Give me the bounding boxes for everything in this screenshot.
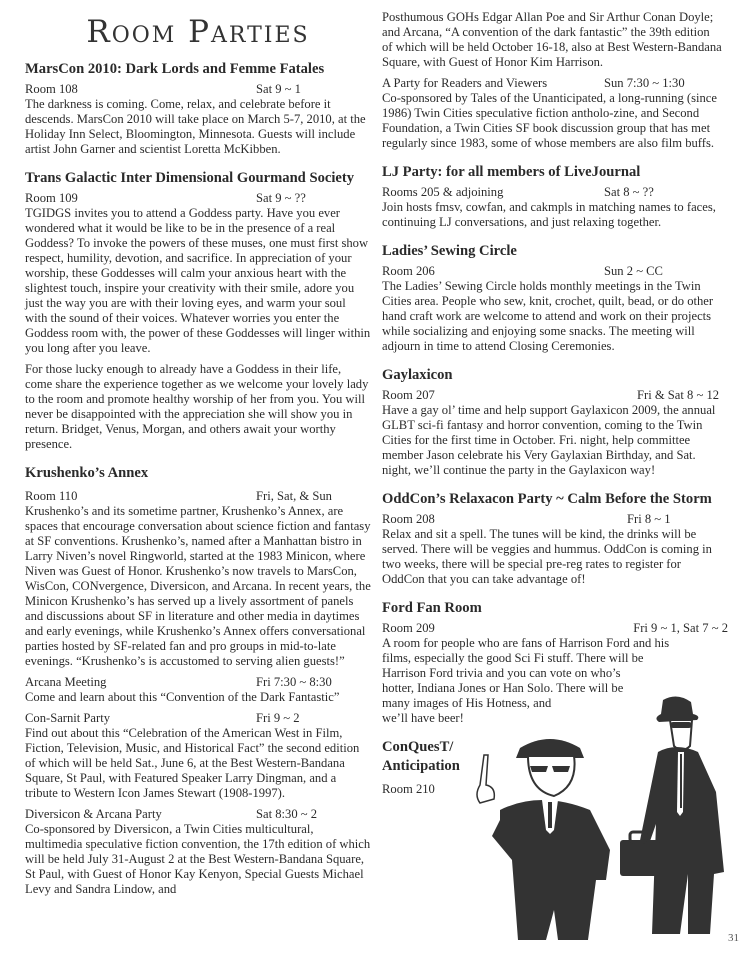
event-text: Find out about this “Celebration of the … <box>25 726 371 801</box>
section-lj-party: LJ Party: for all members of LiveJournal… <box>382 163 722 230</box>
event-row: Diversicon & Arcana Party Sat 8:30 ~ 2 <box>25 807 371 822</box>
section-heading: Trans Galactic Inter Dimensional Gourman… <box>25 169 371 188</box>
section-tgidgs: Trans Galactic Inter Dimensional Gourman… <box>25 169 371 452</box>
room-time-row: Room 109 Sat 9 ~ ?? <box>25 191 371 206</box>
section-text: The Ladies’ Sewing Circle holds monthly … <box>382 279 722 354</box>
section-text: Relax and sit a spell. The tunes will be… <box>382 527 722 587</box>
event-time: Fri 7:30 ~ 8:30 <box>256 675 371 690</box>
section-text: The darkness is coming. Come, relax, and… <box>25 97 371 157</box>
event-row: Arcana Meeting Fri 7:30 ~ 8:30 <box>25 675 371 690</box>
section-text: TGIDGS invites you to attend a Goddess p… <box>25 206 371 356</box>
section-heading: Krushenko’s Annex <box>25 464 371 483</box>
event-name: A Party for Readers and Viewers <box>382 76 547 91</box>
room-time-row: Room 108 Sat 9 ~ 1 <box>25 82 371 97</box>
event-name: Arcana Meeting <box>25 675 106 690</box>
time-label: Sat 8 ~ ?? <box>604 185 722 200</box>
event-text: Come and learn about this “Convention of… <box>25 690 371 705</box>
time-label: Sat 9 ~ 1 <box>256 82 371 97</box>
section-text: Join hosts fmsv, cowfan, and cakmpls in … <box>382 200 722 230</box>
room-label: Room 109 <box>25 191 78 206</box>
section-sewing-circle: Ladies’ Sewing Circle Room 206 Sun 2 ~ C… <box>382 242 722 354</box>
event-name: Con-Sarnit Party <box>25 711 110 726</box>
text-line: Harrison Ford trivia and you can vote on… <box>382 666 722 681</box>
room-time-row: Room 207 Fri & Sat 8 ~ 12 <box>382 388 722 403</box>
section-oddcon: OddCon’s Relaxacon Party ~ Calm Before t… <box>382 490 722 587</box>
section-heading: OddCon’s Relaxacon Party ~ Calm Before t… <box>382 490 722 509</box>
room-label: Room 108 <box>25 82 78 97</box>
section-heading: Gaylaxicon <box>382 366 722 385</box>
event-row: Con-Sarnit Party Fri 9 ~ 2 <box>25 711 371 726</box>
room-time-row: Rooms 205 & adjoining Sat 8 ~ ?? <box>382 185 722 200</box>
room-label: Rooms 205 & adjoining <box>382 185 503 200</box>
right-column: Posthumous GOHs Edgar Allan Poe and Sir … <box>382 10 722 804</box>
room-label: Room 208 <box>382 512 435 527</box>
event-time: Sun 7:30 ~ 1:30 <box>604 76 722 91</box>
event-row: A Party for Readers and Viewers Sun 7:30… <box>382 76 722 91</box>
event-time: Fri 9 ~ 2 <box>256 711 371 726</box>
event-time: Sat 8:30 ~ 2 <box>256 807 371 822</box>
room-time-row: Room 208 Fri 8 ~ 1 <box>382 512 722 527</box>
event-text: Co-sponsored by Diversicon, a Twin Citie… <box>25 822 371 897</box>
page-title: Room Parties <box>25 14 371 60</box>
room-time-row: Room 206 Sun 2 ~ CC <box>382 264 722 279</box>
text-line: A room for people who are fans of Harris… <box>382 636 722 651</box>
blues-brothers-illustration-icon <box>470 690 730 940</box>
left-column: Room Parties MarsCon 2010: Dark Lords an… <box>25 0 371 904</box>
time-label: Fri 9 ~ 1, Sat 7 ~ 2 <box>633 621 728 636</box>
room-label: Room 206 <box>382 264 435 279</box>
page-number: 31 <box>728 932 742 944</box>
room-label: Room 207 <box>382 388 435 403</box>
time-label: Fri, Sat, & Sun <box>256 489 371 504</box>
section-heading: MarsCon 2010: Dark Lords and Femme Fatal… <box>25 60 371 79</box>
section-text: Krushenko’s and its sometime partner, Kr… <box>25 504 371 669</box>
section-text: Have a gay ol’ time and help support Gay… <box>382 403 722 478</box>
text-line: films, especially the good Sci Fi stuff.… <box>382 651 722 666</box>
section-krushenko: Krushenko’s Annex Room 110 Fri, Sat, & S… <box>25 464 371 897</box>
room-time-row: Room 110 Fri, Sat, & Sun <box>25 489 371 504</box>
section-heading: Ford Fan Room <box>382 599 722 618</box>
section-heading: Ladies’ Sewing Circle <box>382 242 722 261</box>
time-label: Sun 2 ~ CC <box>604 264 722 279</box>
room-time-row: Room 209 Fri 9 ~ 1, Sat 7 ~ 2 <box>382 621 722 636</box>
event-text: Co-sponsored by Tales of the Unanticipat… <box>382 91 722 151</box>
diversicon-continued-text: Posthumous GOHs Edgar Allan Poe and Sir … <box>382 10 722 70</box>
time-label: Fri 8 ~ 1 <box>627 512 722 527</box>
room-label: Room 209 <box>382 621 435 636</box>
room-label: Room 110 <box>25 489 77 504</box>
room-label: Room 210 <box>382 782 435 797</box>
time-label: Sat 9 ~ ?? <box>256 191 371 206</box>
section-heading: LJ Party: for all members of LiveJournal <box>382 163 722 182</box>
section-gaylaxicon: Gaylaxicon Room 207 Fri & Sat 8 ~ 12 Hav… <box>382 366 722 478</box>
section-text-2: For those lucky enough to already have a… <box>25 362 371 452</box>
time-label: Fri & Sat 8 ~ 12 <box>637 388 722 403</box>
heading-line: ConQuesT/ <box>382 739 453 755</box>
event-name: Diversicon & Arcana Party <box>25 807 162 822</box>
section-marscon: MarsCon 2010: Dark Lords and Femme Fatal… <box>25 60 371 157</box>
heading-line: Anticipation <box>382 758 460 774</box>
